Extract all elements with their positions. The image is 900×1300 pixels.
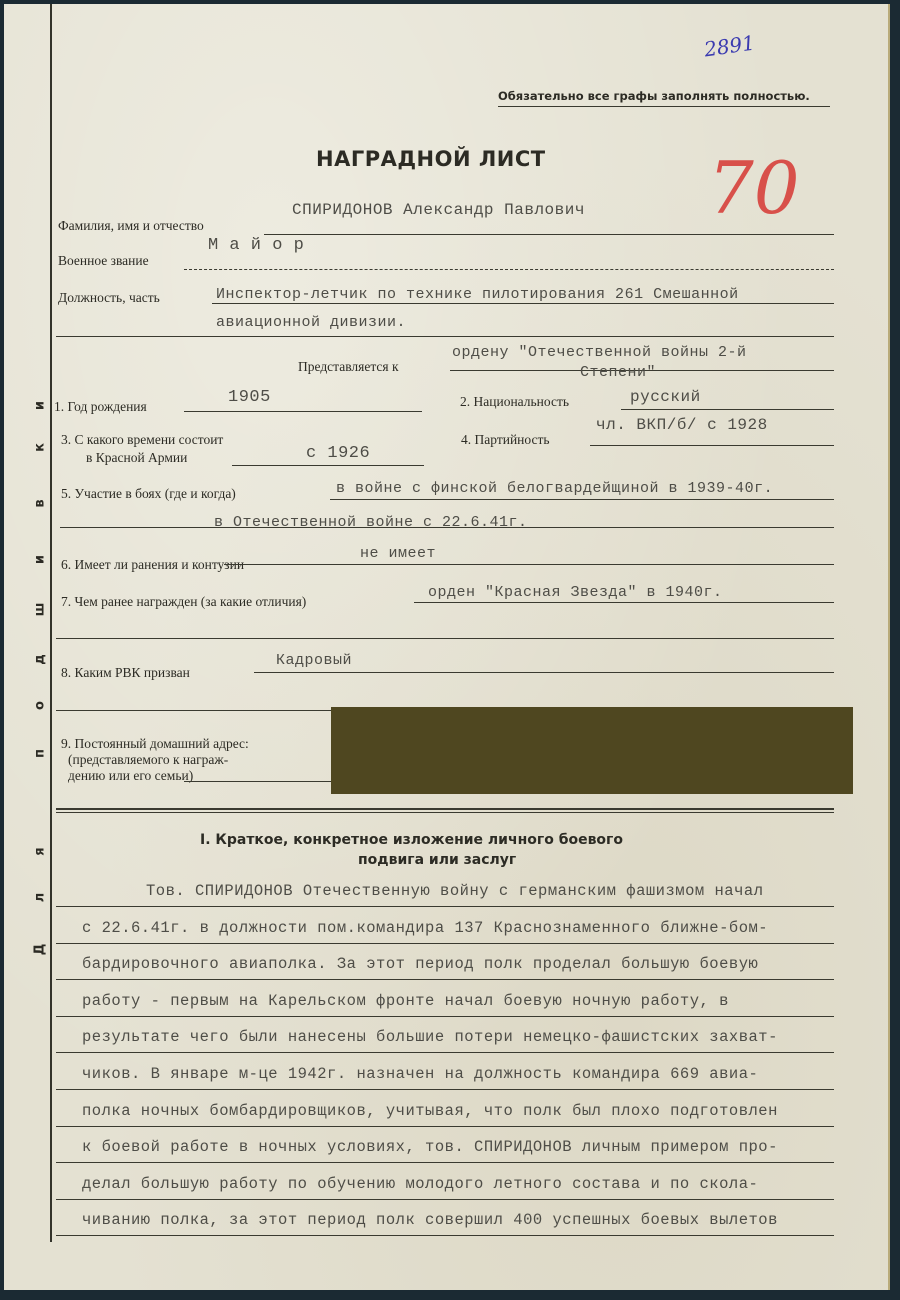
wounds-value: не имеет — [360, 545, 436, 562]
nominated-for-value-line1: ордену "Отечественной войны 2-й — [452, 344, 747, 361]
battles-label: 5. Участие в боях (где и когда) — [61, 486, 236, 502]
side-caption-letter: п — [33, 744, 48, 764]
battles-value-line2: в Отечественной войне с 22.6.41г. — [214, 514, 528, 531]
position-value-line1: Инспектор-летчик по технике пилотировани… — [216, 286, 739, 303]
narrative-line: чиванию полка, за этот период полк совер… — [82, 1211, 778, 1229]
narrative-line: результате чего были нанесены большие по… — [82, 1028, 778, 1046]
wounds-label: 6. Имеет ли ранения и контузии — [61, 557, 244, 573]
side-caption-letter: о — [33, 696, 48, 716]
document-title: НАГРАДНОЙ ЛИСТ — [316, 147, 546, 171]
side-caption-letter: л — [33, 888, 48, 908]
party-value: чл. ВКП/б/ с 1928 — [596, 416, 768, 434]
full-name-label: Фамилия, имя и отчество — [58, 218, 204, 234]
section-title-line2: подвига или заслуг — [358, 852, 516, 868]
army-since-label-line1: 3. С какого времени состоит — [61, 432, 223, 448]
rvk-label: 8. Каким РВК призван — [61, 665, 190, 681]
birth-year-value: 1905 — [228, 388, 271, 407]
prior-awards-label: 7. Чем ранее награжден (за какие отличия… — [61, 594, 306, 610]
position-label: Должность, часть — [58, 290, 160, 306]
address-label-line3: дению или его семьи) — [68, 768, 193, 784]
narrative-line: работу - первым на Карельском фронте нач… — [82, 992, 729, 1010]
address-label-line2: (представляемого к награж- — [68, 752, 228, 768]
army-since-label-line2: в Красной Армии — [86, 450, 187, 466]
nominated-for-label: Представляется к — [298, 359, 399, 375]
nationality-label: 2. Национальность — [460, 394, 569, 410]
side-caption-letter: к — [33, 438, 48, 458]
full-name-value: СПИРИДОНОВ Александр Павлович — [292, 201, 585, 219]
side-caption-letter: ш — [33, 600, 48, 620]
nationality-value: русский — [630, 388, 701, 406]
side-caption-letter: Д — [33, 940, 48, 960]
narrative-line: полка ночных бомбардировщиков, учитывая,… — [82, 1102, 778, 1120]
narrative-line: делал большую работу по обучению молодог… — [82, 1175, 758, 1193]
address-redaction — [331, 707, 853, 794]
army-since-value: с 1926 — [306, 444, 370, 463]
narrative-line: с 22.6.41г. в должности пом.командира 13… — [82, 919, 768, 937]
rank-label: Военное звание — [58, 253, 149, 269]
position-value-line2: авиационной дивизии. — [216, 314, 406, 331]
address-label-line1: 9. Постоянный домашний адрес: — [61, 736, 249, 752]
battles-value-line1: в войне с финской белогвардейщиной в 193… — [336, 480, 773, 497]
narrative-line: чиков. В январе м-це 1942г. назначен на … — [82, 1065, 758, 1083]
birth-year-label: 1. Год рождения — [54, 399, 147, 415]
rvk-value: Кадровый — [276, 652, 352, 669]
award-sheet-page: 2891 Обязательно все графы заполнять пол… — [4, 4, 890, 1290]
side-caption-letter: я — [33, 842, 48, 862]
archive-number: 2891 — [703, 31, 757, 62]
rank-value: М а й о р — [208, 236, 304, 255]
party-label: 4. Партийность — [461, 432, 550, 448]
narrative-line: бардировочного авиаполка. За этот период… — [82, 955, 758, 973]
side-caption-letter: и — [33, 550, 48, 570]
side-caption-letter: в — [33, 494, 48, 514]
red-pencil-mark: 70 — [708, 152, 800, 224]
narrative-line: Тов. СПИРИДОНОВ Отечественную войну с ге… — [146, 882, 764, 900]
prior-awards-value: орден "Красная Звезда" в 1940г. — [428, 584, 723, 601]
narrative-line: к боевой работе в ночных условиях, тов. … — [82, 1138, 778, 1156]
section-title-line1: I. Краткое, конкретное изложение личного… — [200, 832, 623, 848]
side-caption-letter: д — [33, 650, 48, 670]
side-caption-letter: и — [33, 396, 48, 416]
fill-notice: Обязательно все графы заполнять полность… — [498, 89, 810, 103]
nominated-for-value-line2: Степени" — [580, 364, 656, 381]
